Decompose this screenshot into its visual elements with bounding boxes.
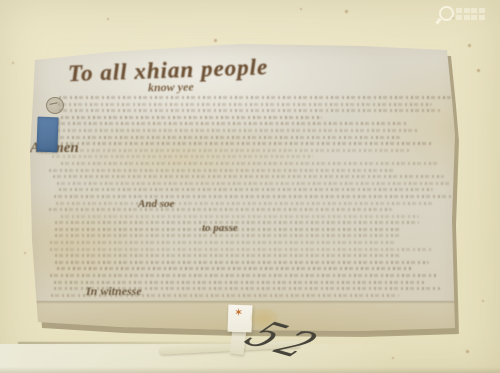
parchment-sheet: To all xhian people know yee All men And… bbox=[30, 40, 460, 335]
zoom-gallery-overlay[interactable] bbox=[437, 5, 493, 23]
manuscript-subheading: know yee bbox=[148, 80, 194, 96]
parchment-document: To all xhian people know yee All men And… bbox=[30, 40, 460, 335]
manuscript-heading: To all xhian people bbox=[68, 51, 369, 87]
photo-stage: To all xhian people know yee All men And… bbox=[0, 0, 500, 373]
thumbnail-grid-icon bbox=[456, 8, 490, 21]
tag-star-mark: ✶ bbox=[234, 306, 243, 319]
manuscript-word: And soe bbox=[138, 198, 174, 210]
manuscript-word: In witnesse bbox=[86, 284, 142, 299]
photo-bottom-shade bbox=[0, 367, 500, 373]
embossed-duty-seal bbox=[46, 97, 64, 114]
manuscript-body-script bbox=[48, 96, 446, 302]
manuscript-word: to passe bbox=[202, 222, 238, 234]
blue-revenue-stamp bbox=[36, 117, 58, 153]
